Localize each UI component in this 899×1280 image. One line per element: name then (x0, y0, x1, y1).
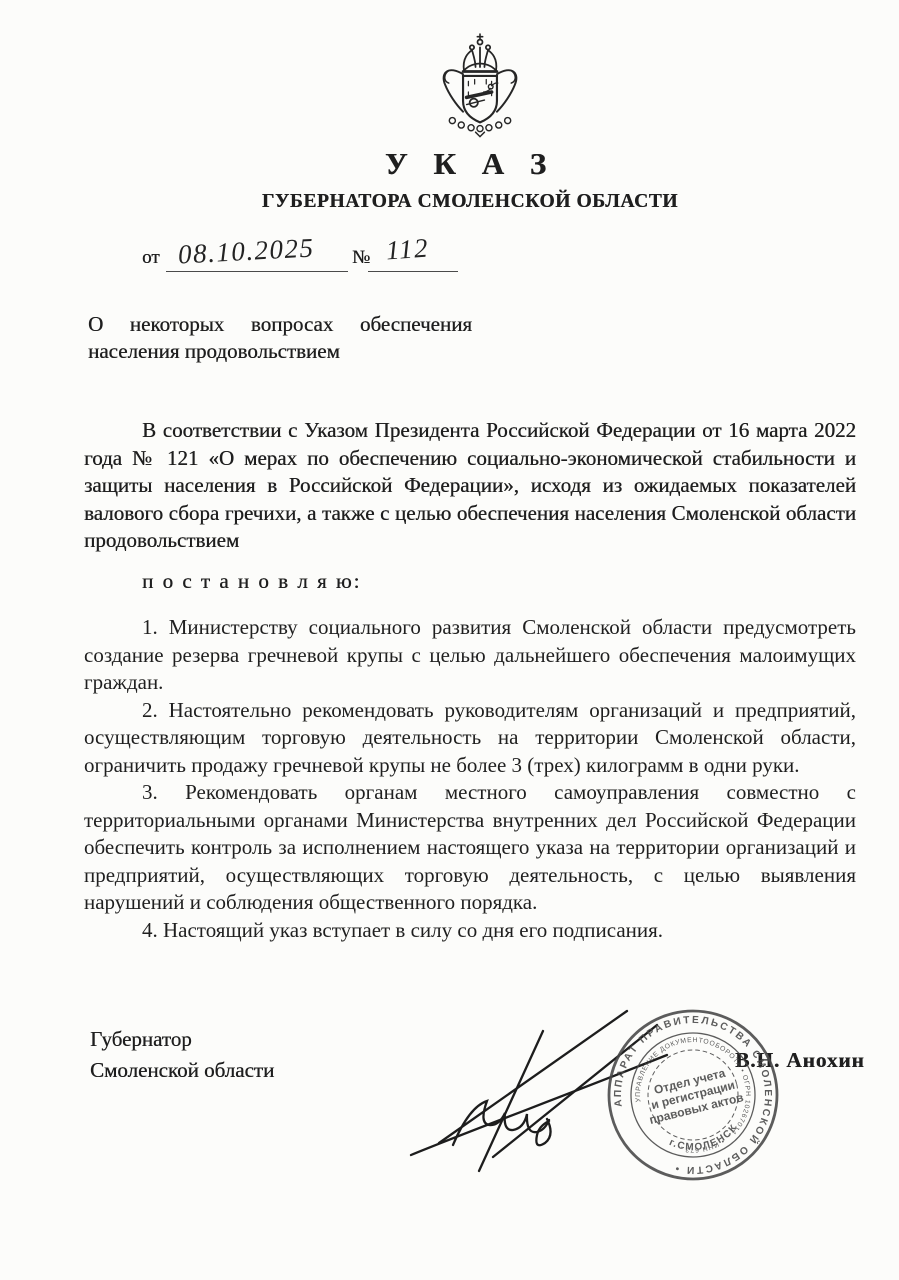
decree-item-1: 1. Министерству социального развития Смо… (84, 614, 856, 697)
preamble-paragraph: В соответствии с Указом Президента Росси… (84, 417, 856, 555)
decree-item-2: 2. Настоятельно рекомендовать руководите… (84, 697, 856, 780)
signer-position: Губернатор Смоленской области (90, 1024, 410, 1086)
decree-item-3: 3. Рекомендовать органам местного самоуп… (84, 779, 856, 917)
signer-position-line2: Смоленской области (90, 1055, 410, 1086)
resolution-word: п о с т а н о в л я ю: (84, 569, 856, 594)
date-underline (166, 271, 348, 272)
number-label: № (352, 247, 370, 269)
date-label: от (142, 247, 160, 269)
number-underline (368, 271, 458, 272)
decree-items: 1. Министерству социального развития Смо… (84, 614, 856, 944)
date-handwritten-value: 08.10.2025 (177, 232, 315, 270)
decree-document-page: У К А З ГУБЕРНАТОРА СМОЛЕНСКОЙ ОБЛАСТИ о… (0, 0, 899, 1280)
decree-item-4: 4. Настоящий указ вступает в силу со дня… (84, 917, 856, 945)
document-subtitle: ГУБЕРНАТОРА СМОЛЕНСКОЙ ОБЛАСТИ (60, 191, 880, 213)
number-handwritten-value: 112 (385, 233, 430, 267)
document-title: У К А З (60, 146, 880, 182)
subject-paragraph: О некоторых вопросах обеспечения населен… (88, 311, 472, 365)
registration-stamp: АППАРАТ ПРАВИТЕЛЬСТВА СМОЛЕНСКОЙ ОБЛАСТИ… (601, 1003, 785, 1187)
signer-position-line1: Губернатор (90, 1024, 410, 1055)
smolensk-oblast-coat-of-arms-icon (422, 24, 538, 144)
